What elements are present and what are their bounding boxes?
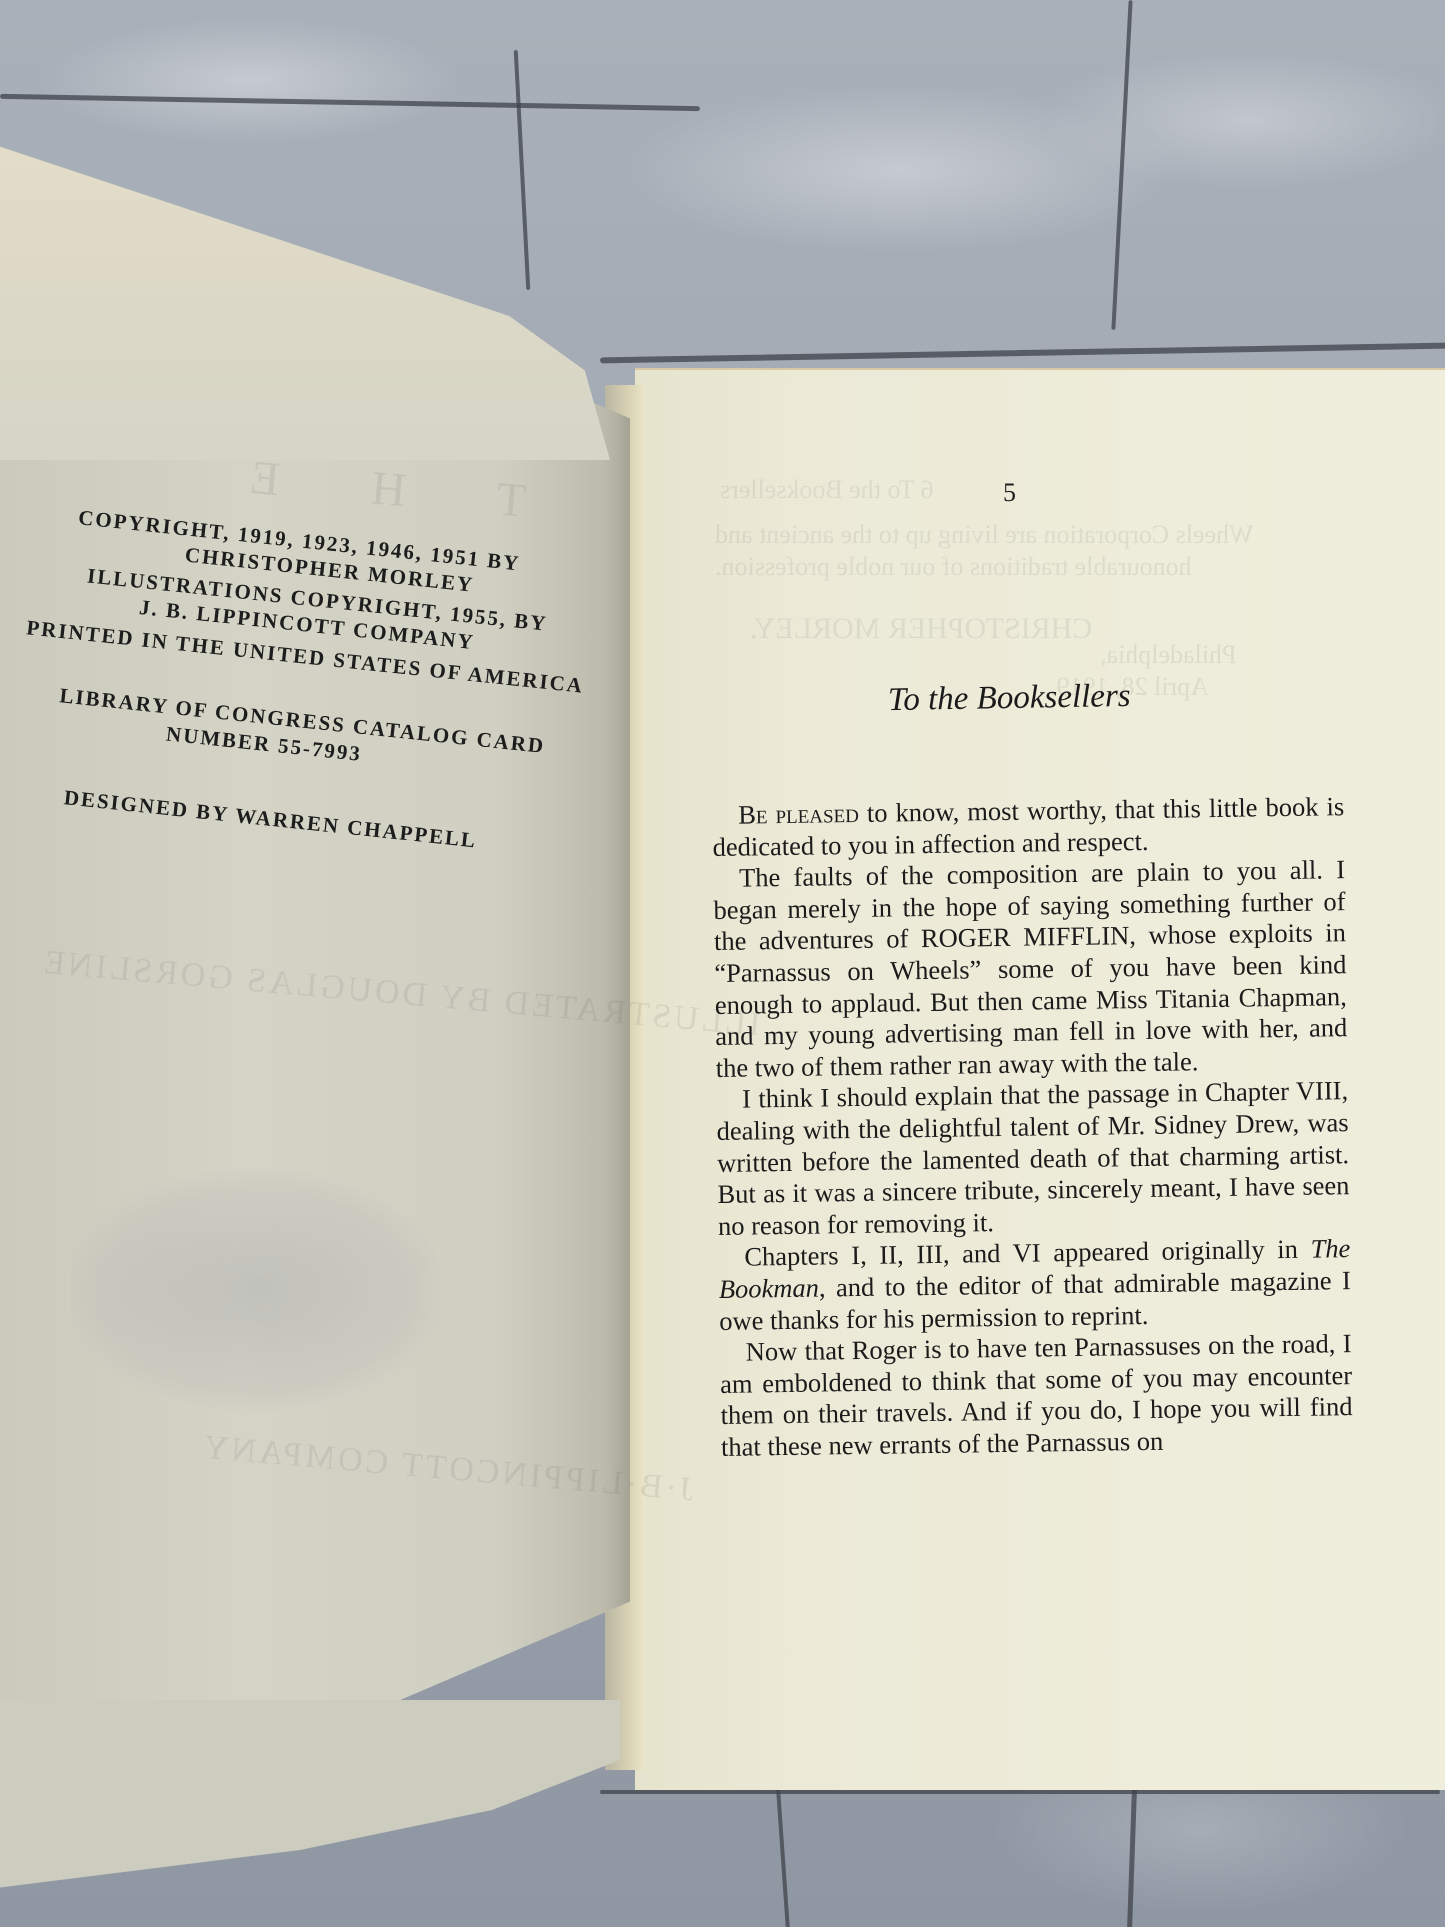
paragraph: Be pleased to know, most worthy, that th… (712, 791, 1345, 863)
wall-crack (514, 50, 531, 290)
body-text: Be pleased to know, most worthy, that th… (712, 791, 1353, 1463)
paragraph: The faults of the composition are plain … (713, 854, 1348, 1084)
lead-smallcaps: Be pleased (738, 798, 859, 830)
wall-crack (0, 94, 700, 111)
copyright-block: COPYRIGHT, 1919, 1923, 1946, 1951 BY CHR… (8, 500, 537, 857)
paragraph: Now that Roger is to have ten Parnassuse… (719, 1328, 1353, 1463)
wall-crack (600, 1790, 1440, 1794)
show-through-signature: CHRISTOPHER MORLEY. (750, 612, 1092, 646)
page-number: 5 (1003, 478, 1016, 508)
show-through-header: 6 To the Booksellers (720, 475, 934, 505)
show-through-place: Philadelphia, (1100, 640, 1236, 670)
page-title: To the Booksellers (888, 678, 1131, 719)
show-through-illustration (70, 1170, 440, 1410)
show-through-line: Wheels Corporation are living up to the … (715, 520, 1254, 550)
show-through-line: honourable traditions of our noble profe… (715, 552, 1192, 582)
wall-crack (600, 343, 1445, 364)
paragraph: I think I should explain that the passag… (716, 1075, 1350, 1242)
paragraph: Chapters I, II, III, and VI appeared ori… (718, 1233, 1351, 1337)
wall-crack (1111, 0, 1132, 330)
